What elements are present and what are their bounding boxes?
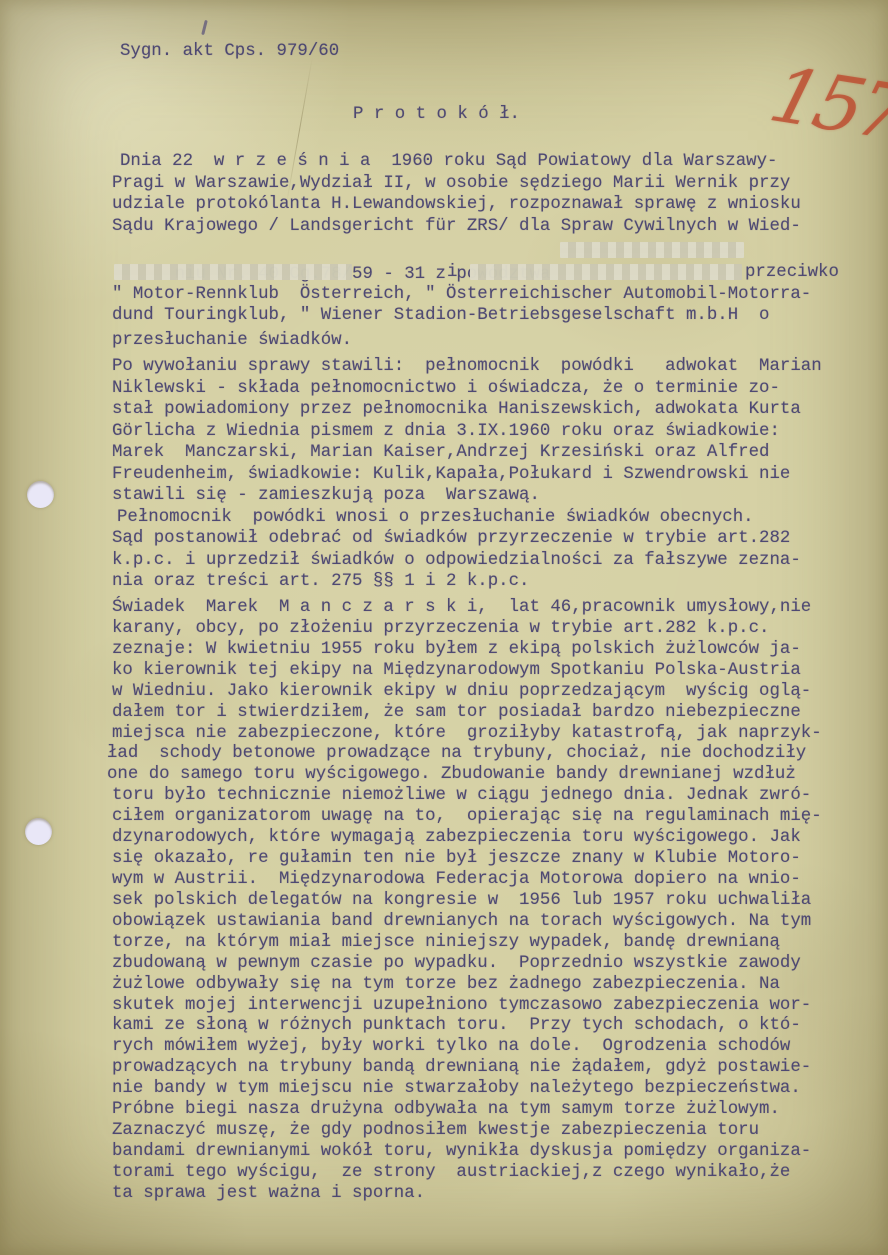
document-line: dzynarodowych, które wymagają zabezpiecz… bbox=[112, 828, 842, 849]
document-line: toru było technicznie niemożliwe w ciągu… bbox=[112, 786, 842, 807]
document-line: torze, na którym miał miejsce niniejszy … bbox=[112, 933, 842, 954]
punch-hole-top bbox=[27, 481, 54, 508]
paragraph-witness-testimony: Świadek Marek M a n c z a r s k i, lat 4… bbox=[112, 598, 842, 1205]
document-line: ład schody betonowe prowadzące na trybun… bbox=[107, 744, 842, 765]
document-line: karany, obcy, po złożeniu przyrzeczenia … bbox=[112, 619, 842, 640]
redaction-block bbox=[470, 264, 742, 280]
document-line: wym w Austrii. Międzynarodowa Federacja … bbox=[112, 870, 842, 891]
document-line: Sądu Krajowego / Landsgericht für ZRS/ d… bbox=[112, 216, 842, 238]
document-line: kami ze słoną w różnych punktach toru. P… bbox=[112, 1016, 842, 1037]
document-line: Freudenheim, świadkowie: Kulik,Kapała,Po… bbox=[112, 464, 842, 486]
document-line: Zaznaczyć muszę, że gdy podnosiłem kwest… bbox=[112, 1121, 842, 1142]
document-line: dund Touringklub, " Wiener Stadion-Betri… bbox=[112, 305, 842, 327]
paragraph-intro: Dnia 22 w r z e ś n i a 1960 roku Sąd Po… bbox=[112, 151, 842, 351]
paragraph-appearances: Po wywołaniu sprawy stawili: pełnomocnik… bbox=[112, 356, 842, 593]
document-line: one do samego toru wyścigowego. Zbudowan… bbox=[107, 765, 842, 786]
document-line: nia oraz treści art. 275 §§ 1 i 2 k.p.c. bbox=[112, 571, 842, 593]
document-line: udziale protokólanta H.Lewandowskiej, ro… bbox=[112, 194, 842, 216]
document-line: i przeciwko bbox=[112, 262, 842, 284]
document-line: nie bandy w tym miejscu nie stwarzałoby … bbox=[112, 1079, 842, 1100]
document-line: torami tego wyścigu, ze strony austriack… bbox=[112, 1163, 842, 1184]
redaction-block bbox=[114, 264, 352, 280]
document-line: bandami drewnianymi wokół toru, wynikła … bbox=[112, 1142, 842, 1163]
redaction-block bbox=[560, 242, 744, 258]
document-line: przesłuchanie świadków. bbox=[112, 330, 842, 352]
document-line: ta sprawa jest ważna i sporna. bbox=[112, 1184, 842, 1205]
document-line: Görlicha z Wiednia pismem z dnia 3.IX.19… bbox=[112, 421, 842, 443]
document-line: Dnia 22 w r z e ś n i a 1960 roku Sąd Po… bbox=[112, 151, 842, 173]
document-line: stał powiadomiony przez pełnomocnika Han… bbox=[112, 399, 842, 421]
punch-hole-bottom bbox=[25, 818, 52, 845]
document-line: k.p.c. i uprzedził świadków o odpowiedzi… bbox=[112, 550, 842, 572]
document-line: żużlowe odbywały się na tym torze bez ża… bbox=[112, 975, 842, 996]
document-line: rych mówiłem wyżej, były worki tylko na … bbox=[112, 1037, 842, 1058]
document-line: niu Nr. 40 Cg.78/59 - 31 z powództwa bbox=[112, 237, 842, 262]
document-title: P r o t o k ó ł. bbox=[353, 105, 520, 124]
document-line: stawili się - zamieszkują poza Warszawą. bbox=[112, 485, 842, 507]
document-line: Świadek Marek M a n c z a r s k i, lat 4… bbox=[112, 598, 842, 619]
document-line: miejsca nie zabezpieczone, które groziły… bbox=[112, 724, 842, 745]
document-line: zeznaje: W kwietniu 1955 roku byłem z ek… bbox=[112, 640, 842, 661]
document-line: dałem tor i stwierdziłem, że sam tor pos… bbox=[112, 703, 842, 724]
conjunction-text: i bbox=[447, 262, 457, 284]
document-line: obowiązek ustawiania band drewnianych na… bbox=[112, 912, 842, 933]
document-line: skutek mojej interwencji uzupełniono tym… bbox=[112, 996, 842, 1017]
document-line: się okazało, re gułamin ten nie był jesz… bbox=[112, 849, 842, 870]
document-line: Marek Manczarski, Marian Kaiser,Andrzej … bbox=[112, 442, 842, 464]
document-line: " Motor-Rennklub Österreich, " Österreic… bbox=[112, 284, 842, 306]
case-signature: Sygn. akt Cps. 979/60 bbox=[120, 42, 339, 61]
document-line: Pragi w Warszawie,Wydział II, w osobie s… bbox=[112, 173, 842, 195]
document-line: prowadzących na trybuny bandą drewnianą … bbox=[112, 1058, 842, 1079]
document-line: Sąd postanowił odebrać od świadków przyr… bbox=[112, 528, 842, 550]
document-line: Próbne biegi nasza drużyna odbywała na t… bbox=[112, 1100, 842, 1121]
document-line: Po wywołaniu sprawy stawili: pełnomocnik… bbox=[112, 356, 842, 378]
document-line: ciłem organizatorom uwagę na to, opieraj… bbox=[112, 807, 842, 828]
document-line: sek polskich delegatów na kongresie w 19… bbox=[112, 891, 842, 912]
document-line: Pełnomocnik powódki wnosi o przesłuchani… bbox=[112, 507, 842, 529]
document-line: zbudowaną w pewnym czasie po wypadku. Po… bbox=[112, 954, 842, 975]
document-line: Niklewski - składa pełnomocnictwo i oświ… bbox=[112, 378, 842, 400]
document-line: ko kierownik tej ekipy na Międzynarodowy… bbox=[112, 661, 842, 682]
przeciwko-text: przeciwko bbox=[745, 262, 839, 284]
document-line: w Wiedniu. Jako kierownik ekipy w dniu p… bbox=[112, 682, 842, 703]
scanned-document-page: Sygn. akt Cps. 979/60 157 P r o t o k ó … bbox=[0, 0, 888, 1255]
handwritten-page-number: 157 bbox=[763, 57, 888, 151]
pen-mark bbox=[201, 20, 208, 35]
